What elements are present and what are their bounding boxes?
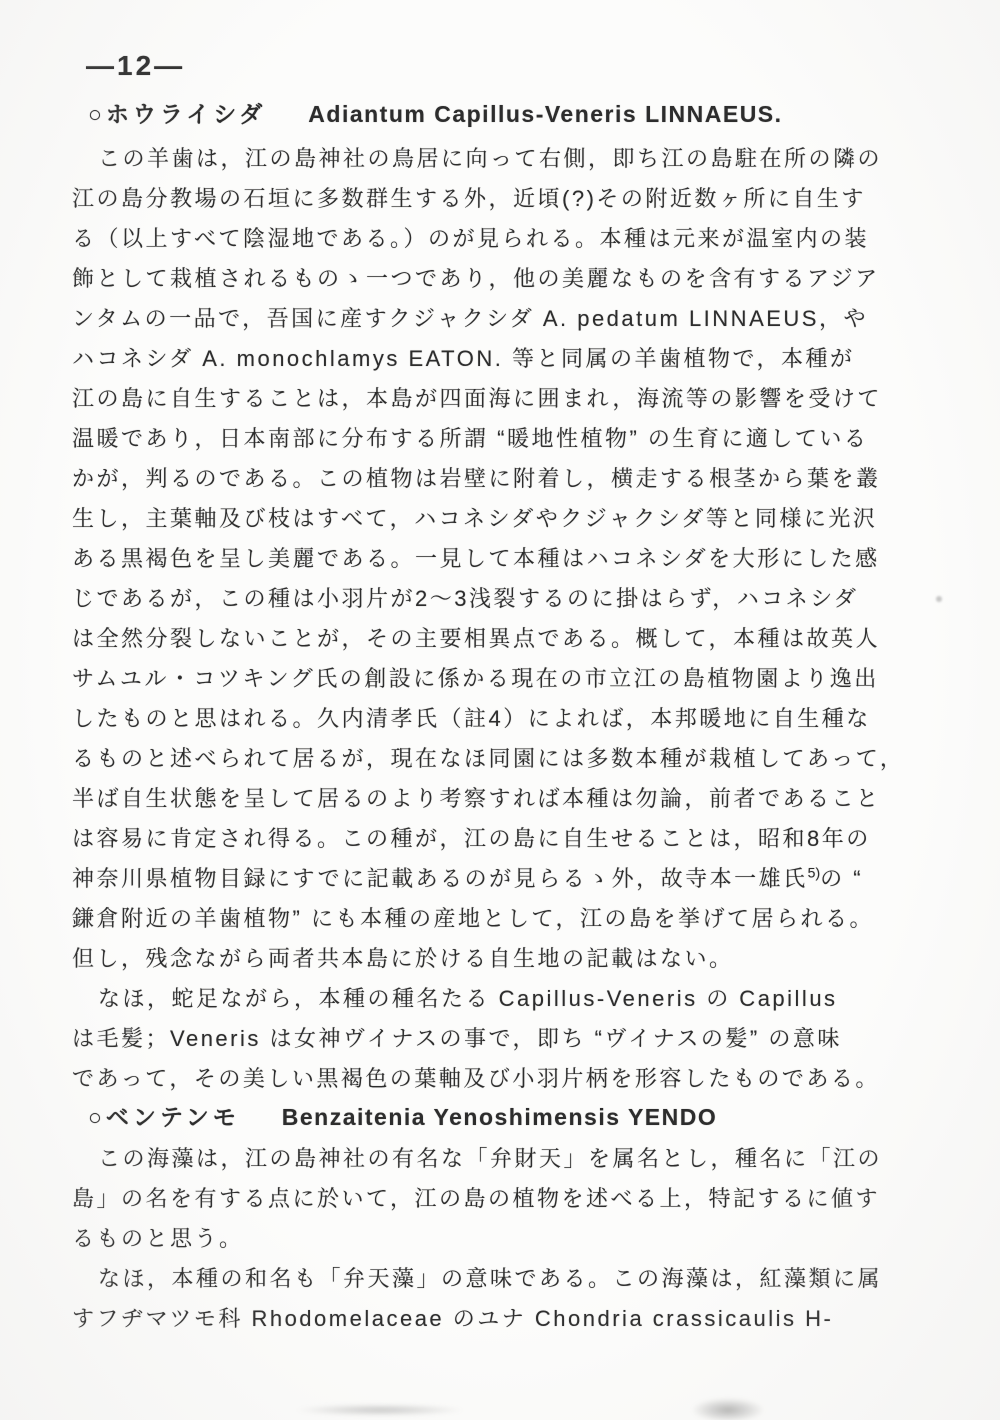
species1-japanese-name: ○ホウライシダ	[88, 101, 266, 127]
scanned-document-page: —12— ○ホウライシダAdiantum Capillus-Veneris LI…	[0, 0, 1000, 1420]
text-line: この羊歯は，江の島神社の鳥居に向って右側，即ち江の島駐在所の隣の	[72, 139, 952, 179]
text-line: は全然分裂しないことが，その主要相異点である。概して，本種は故英人	[72, 619, 952, 659]
text-line: るものと述べられて居るが，現在なほ同園には多数本種が栽植してあって，	[72, 739, 952, 779]
text-line: 鎌倉附近の羊歯植物” にも本種の産地として，江の島を挙げて居られる。	[72, 899, 952, 939]
species1-paragraphs: この羊歯は，江の島神社の鳥居に向って右側，即ち江の島駐在所の隣の江の島分教場の石…	[72, 139, 952, 1099]
text-line: 島」の名を有する点に於いて，江の島の植物を述べる上，特記するに値す	[72, 1179, 952, 1219]
text-line: なほ，本種の和名も「弁天藻」の意味である。この海藻は，紅藻類に属	[72, 1259, 952, 1299]
text-line: 半ば自生状態を呈して居るのより考察すれば本種は勿論，前者であること	[72, 779, 952, 819]
text-line: 但し，残念ながら両者共本島に於ける自生地の記載はない。	[72, 939, 952, 979]
scan-smudge	[295, 1404, 465, 1416]
text-line: 飾として栽植されるものゝ一つであり，他の美麗なものを含有するアジア	[72, 259, 952, 299]
text-line: 江の島に自生することは，本島が四面海に囲まれ，海流等の影響を受けて	[72, 379, 952, 419]
species2-latin-name: Benzaitenia Yenoshimensis YENDO	[282, 1104, 718, 1130]
text-line: 江の島分教場の石垣に多数群生する外，近頃(?)その附近数ヶ所に自生す	[72, 179, 952, 219]
text-line: ンタムの一品で，吾国に産すクジャクシダ A. pedatum LINNAEUS，…	[72, 299, 952, 339]
text-line: は容易に肯定され得る。この種が，江の島に自生せることは，昭和8年の	[72, 819, 952, 859]
text-line: この海藻は，江の島神社の有名な「弁財天」を属名とし，種名に「江の	[72, 1139, 952, 1179]
species2-japanese-name: ○ベンテンモ	[88, 1104, 240, 1130]
text-line: サムユル・コツキング氏の創設に係かる現在の市立江の島植物園より逸出	[72, 659, 952, 699]
text-line: ある黒褐色を呈し美麗である。一見して本種はハコネシダを大形にした感	[72, 539, 952, 579]
text-line: 神奈川県植物目録にすでに記載あるのが見らるゝ外，故寺本一雄氏5)の “	[72, 859, 952, 899]
text-line: であって，その美しい黒褐色の葉軸及び小羽片柄を形容したものである。	[72, 1059, 952, 1099]
text-line: かが，判るのである。この植物は岩壁に附着し，横走する根茎から葉を叢	[72, 459, 952, 499]
text-line: すフヂマツモ科 Rhodomelaceae のユナ Chondria crass…	[72, 1299, 952, 1339]
text-line: 生し，主葉軸及び枝はすべて，ハコネシダやクジャクシダ等と同様に光沢	[72, 499, 952, 539]
species2-paragraphs: この海藻は，江の島神社の有名な「弁財天」を属名とし，種名に「江の島」の名を有する…	[72, 1139, 952, 1339]
text-line: 温暖であり，日本南部に分布する所謂 “暖地性植物” の生育に適している	[72, 419, 952, 459]
species-heading-houraishida: ○ホウライシダAdiantum Capillus-Veneris LINNAEU…	[88, 96, 783, 129]
text-line: る（以上すべて陰湿地である。）のが見られる。本種は元来が温室内の装	[72, 219, 952, 259]
text-line: じであるが，この種は小羽片が2〜3浅裂するのに掛はらず，ハコネシダ	[72, 579, 952, 619]
page-number: —12—	[86, 50, 185, 82]
scan-smudge	[692, 1398, 764, 1420]
text-line: したものと思はれる。久内清孝氏（註4）によれば，本邦暖地に自生種な	[72, 699, 952, 739]
text-line: は毛髪；Veneris は女神ヴイナスの事で，即ち “ヴイナスの髪” の意味	[72, 1019, 952, 1059]
text-line: るものと思う。	[72, 1219, 952, 1259]
species-heading-bentenmo: ○ベンテンモBenzaitenia Yenoshimensis YENDO	[88, 1099, 717, 1132]
species1-latin-name: Adiantum Capillus-Veneris LINNAEUS.	[308, 101, 782, 127]
text-line: ハコネシダ A. monochlamys EATON. 等と同属の羊歯植物で，本…	[72, 339, 952, 379]
text-line: なほ，蛇足ながら，本種の種名たる Capillus-Veneris の Capi…	[72, 979, 952, 1019]
